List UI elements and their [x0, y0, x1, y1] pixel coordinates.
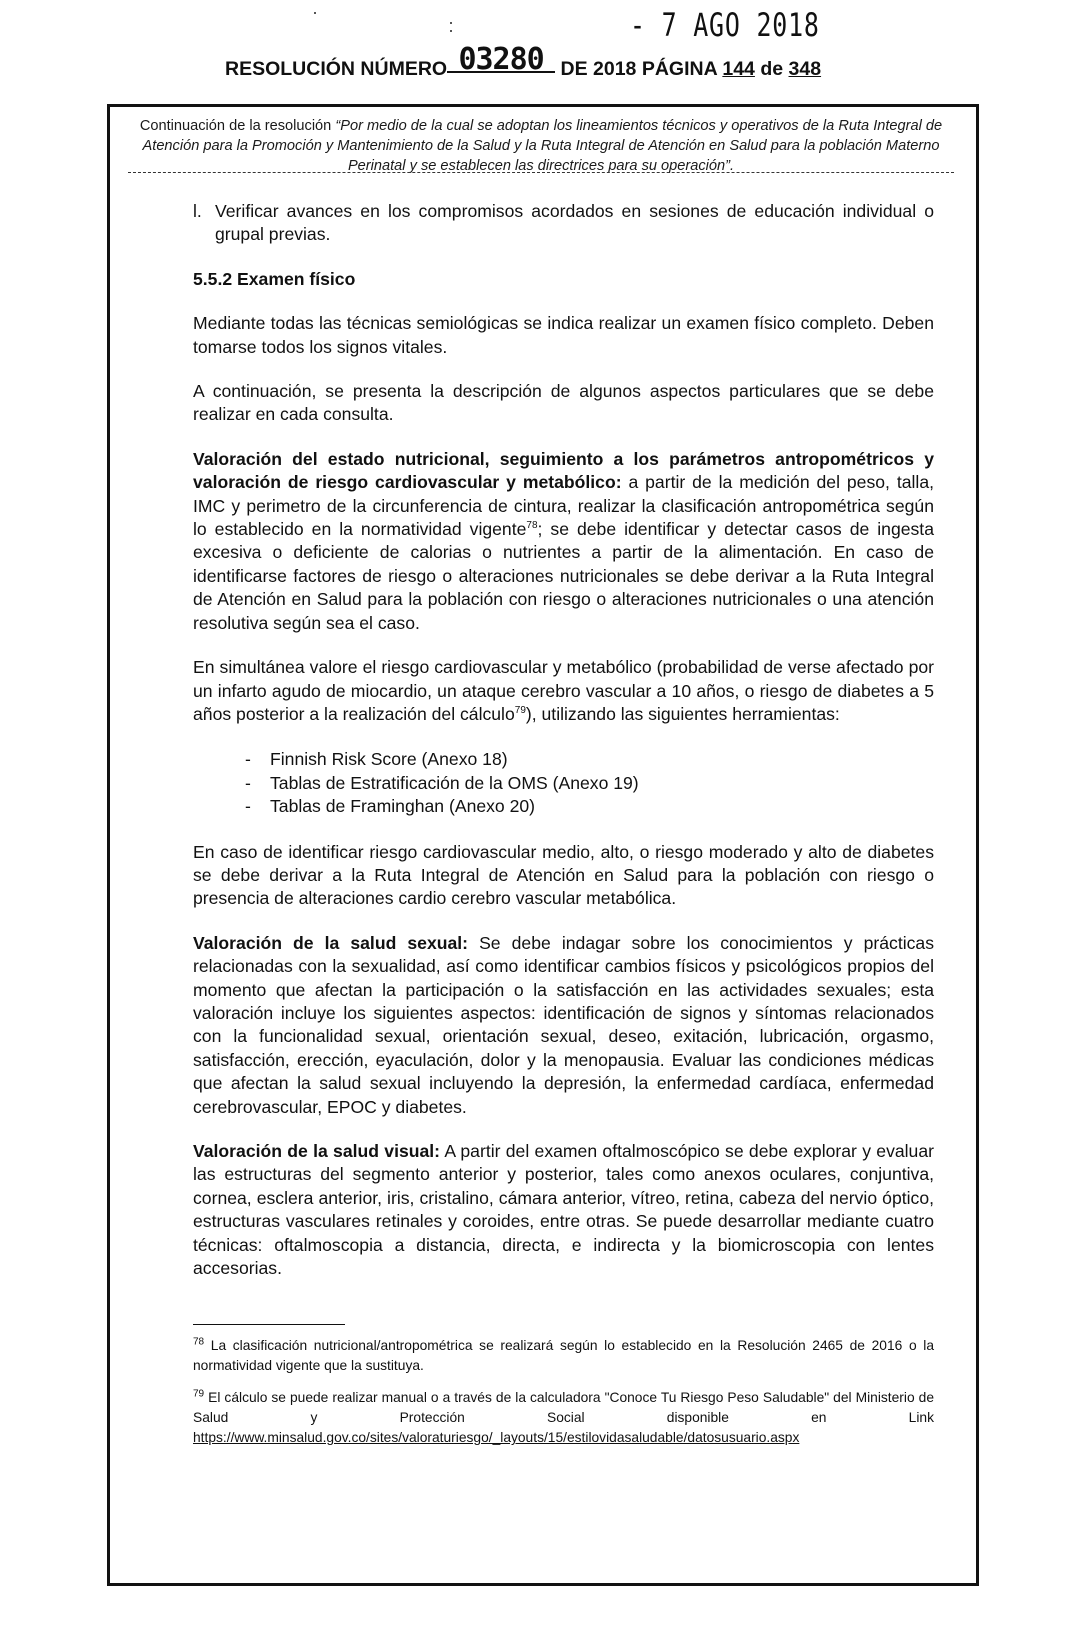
- footnotes: 78 La clasificación nutricional/antropom…: [193, 1336, 934, 1460]
- paragraph-salud-sexual: Valoración de la salud sexual: Se debe i…: [193, 932, 934, 1119]
- total-pages: 348: [789, 58, 822, 80]
- scan-speck: [450, 22, 452, 24]
- visual-text: A partir del examen oftalmoscópico se de…: [193, 1141, 934, 1278]
- footnote-number: 78: [193, 1336, 204, 1347]
- resolution-header: RESOLUCIÓN NÚMERO03280 DE 2018 PÁGINA 14…: [225, 55, 821, 81]
- visual-heading: Valoración de la salud visual:: [193, 1141, 440, 1161]
- footnote-78: 78 La clasificación nutricional/antropom…: [193, 1336, 934, 1376]
- footnote-link[interactable]: https://www.minsalud.gov.co/sites/valora…: [193, 1430, 799, 1445]
- list-item: -Finnish Risk Score (Anexo 18): [245, 748, 934, 771]
- footnote-text: El cálculo se puede realizar manual o a …: [193, 1390, 934, 1425]
- continuation-banner: Continuación de la resolución “Por medio…: [130, 116, 952, 176]
- document-body: l. Verificar avances en los compromisos …: [193, 200, 934, 1301]
- footnote-79: 79 El cálculo se puede realizar manual o…: [193, 1388, 934, 1448]
- footnote-number: 79: [193, 1388, 204, 1399]
- continuation-lead: Continuación de la resolución: [140, 118, 336, 134]
- tool-name: Finnish Risk Score (Anexo 18): [270, 748, 508, 771]
- list-item: -Tablas de Framinghan (Anexo 20): [245, 795, 934, 818]
- scan-speck: [314, 12, 316, 14]
- scan-speck: [450, 30, 452, 32]
- year-page-label: DE 2018 PÁGINA: [561, 58, 717, 80]
- tools-list: -Finnish Risk Score (Anexo 18) -Tablas d…: [193, 748, 934, 818]
- paragraph-nutricional: Valoración del estado nutricional, segui…: [193, 448, 934, 635]
- section-heading: 5.5.2 Examen físico: [193, 268, 934, 291]
- dash-bullet-icon: -: [245, 772, 270, 795]
- simultanea-text-cont: ), utilizando las siguientes herramienta…: [526, 704, 840, 724]
- date-stamp: - 7 AGO 2018: [630, 6, 820, 44]
- list-item-l: l. Verificar avances en los compromisos …: [193, 200, 934, 247]
- tool-name: Tablas de Framinghan (Anexo 20): [270, 795, 535, 818]
- sexual-text: Se debe indagar sobre los conocimientos …: [193, 933, 934, 1117]
- page-number: 144: [722, 58, 755, 80]
- list-item-text: Verificar avances en los compromisos aco…: [215, 200, 934, 247]
- footnote-separator: [193, 1324, 345, 1325]
- dash-bullet-icon: -: [245, 795, 270, 818]
- footnote-79-body: 79 El cálculo se puede realizar manual o…: [193, 1388, 934, 1428]
- paragraph-salud-visual: Valoración de la salud visual: A partir …: [193, 1140, 934, 1280]
- paragraph-examen: Mediante todas las técnicas semiológicas…: [193, 312, 934, 359]
- page-of-label: de: [760, 58, 783, 80]
- sexual-heading: Valoración de la salud sexual:: [193, 933, 468, 953]
- resolution-number: 03280: [447, 49, 555, 73]
- footnote-ref-78[interactable]: 78: [526, 520, 537, 531]
- footnote-text: La clasificación nutricional/antropométr…: [193, 1338, 934, 1373]
- resolution-label: RESOLUCIÓN NÚMERO: [225, 58, 447, 80]
- paragraph-continuacion: A continuación, se presenta la descripci…: [193, 380, 934, 427]
- list-marker: l.: [193, 200, 215, 247]
- paragraph-riesgo: En caso de identificar riesgo cardiovasc…: [193, 841, 934, 911]
- dashed-divider: [128, 172, 954, 173]
- list-item: -Tablas de Estratificación de la OMS (An…: [245, 772, 934, 795]
- footnote-ref-79[interactable]: 79: [515, 705, 526, 716]
- paragraph-simultanea: En simultánea valore el riesgo cardiovas…: [193, 656, 934, 726]
- dash-bullet-icon: -: [245, 748, 270, 771]
- tool-name: Tablas de Estratificación de la OMS (Ane…: [270, 772, 639, 795]
